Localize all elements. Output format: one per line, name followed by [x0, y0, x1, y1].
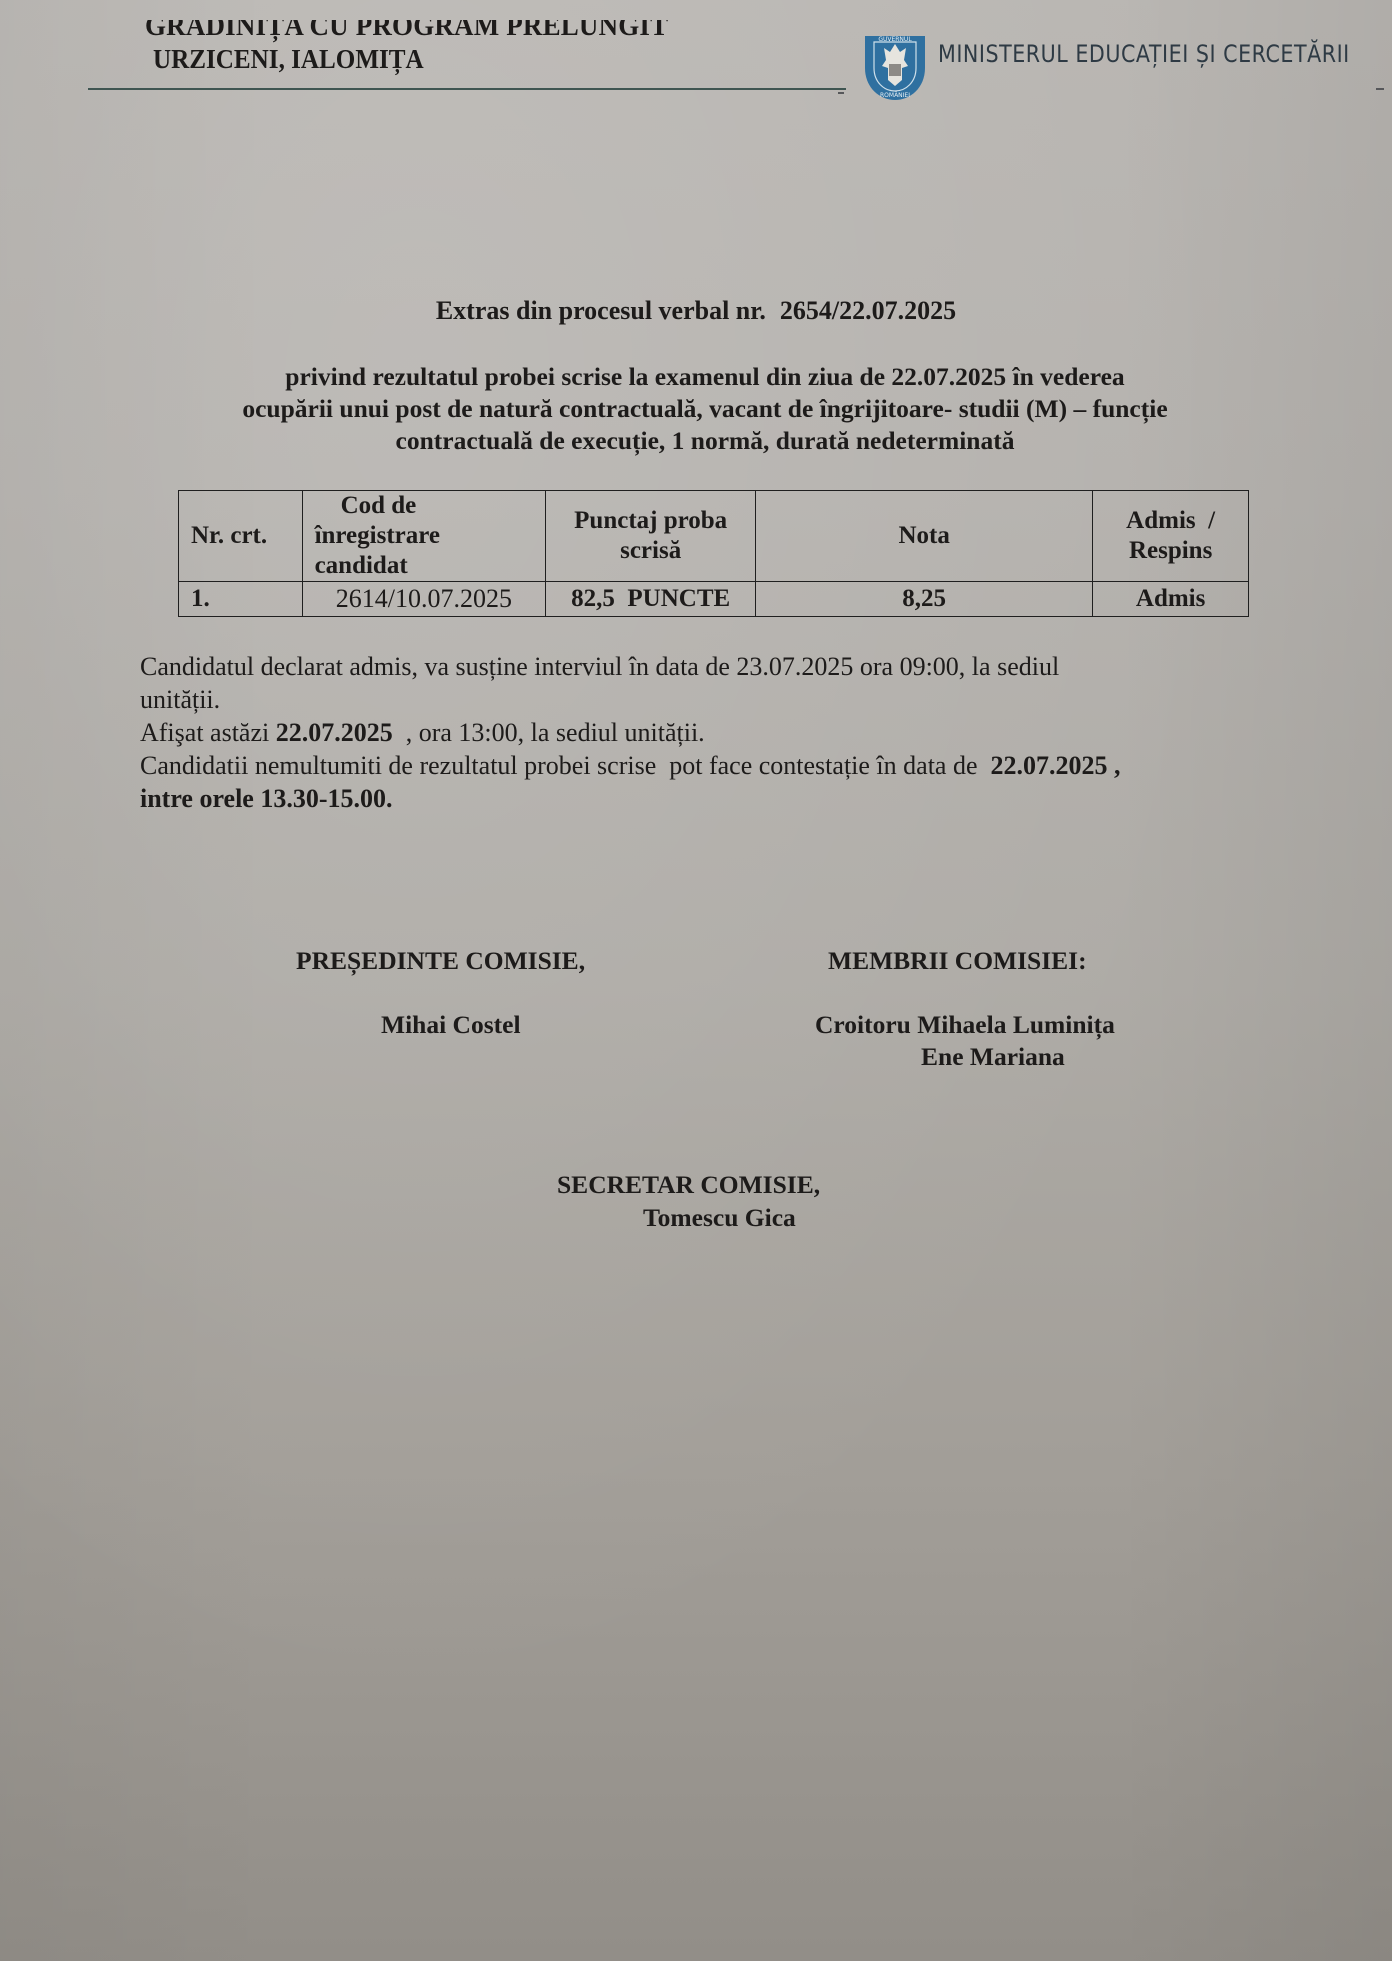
posted-date: 22.07.2025 [276, 718, 393, 747]
notices: Candidatul declarat admis, va susține in… [140, 650, 1280, 815]
edge-mark-right [1376, 88, 1384, 90]
report-number: 2654/22.07.2025 [780, 296, 956, 325]
subtitle-line: privind rezultatul probei scrise la exam… [130, 361, 1280, 393]
subtitle-line: contractuală de execuție, 1 normă, durat… [130, 425, 1280, 457]
secretary-label: SECRETAR COMISIE, [557, 1170, 820, 1200]
members-label: MEMBRII COMISIEI: [828, 946, 1087, 976]
cell-cod: 2614/10.07.2025 [302, 582, 546, 617]
paper-background [0, 0, 1392, 1961]
member-name: Ene Mariana [921, 1042, 1065, 1072]
school-name-line-1: GRADINIȚA CU PROGRAM PRELUNGIT [145, 10, 668, 43]
interview-notice-line-1: Candidatul declarat admis, va susține in… [140, 650, 1280, 683]
appeal-date: 22.07.2025 , [991, 751, 1121, 780]
table-row: 1. 2614/10.07.2025 82,5 PUNCTE 8,25 Admi… [179, 582, 1249, 617]
column-header-nr: Nr. crt. [179, 491, 303, 582]
column-header-status: Admis / Respins [1093, 491, 1249, 582]
posted-notice: Afişat astăzi 22.07.2025 , ora 13:00, la… [140, 716, 1280, 749]
government-of-romania-seal-icon: GUVERNUL ROMÂNIEI [860, 30, 930, 102]
column-header-cod: Cod de înregistrare candidat [302, 491, 546, 582]
subtitle-line: ocupării unui post de natură contractual… [130, 393, 1280, 425]
interview-notice-line-2: unității. [140, 683, 1280, 716]
cell-punctaj: 82,5 PUNCTE [546, 582, 756, 617]
school-name-line-2: URZICENI, IALOMIȚA [153, 44, 424, 75]
table-header-row: Nr. crt. Cod de înregistrare candidat Pu… [179, 491, 1249, 582]
column-header-punctaj: Punctaj proba scrisă [546, 491, 756, 582]
cell-nota: 8,25 [756, 582, 1093, 617]
title-prefix: Extras din procesul verbal nr. [436, 296, 766, 325]
cell-nr: 1. [179, 582, 303, 617]
appeal-notice: Candidatii nemultumiti de rezultatul pro… [140, 749, 1280, 782]
cell-status: Admis [1093, 582, 1249, 617]
svg-text:ROMÂNIEI: ROMÂNIEI [880, 92, 910, 99]
president-label: PREȘEDINTE COMISIE, [296, 946, 585, 976]
president-name: Mihai Costel [381, 1010, 521, 1040]
results-table: Nr. crt. Cod de înregistrare candidat Pu… [178, 490, 1249, 617]
document-subtitle: privind rezultatul probei scrise la exam… [130, 361, 1280, 457]
svg-text:GUVERNUL: GUVERNUL [878, 36, 912, 43]
member-name: Croitoru Mihaela Luminița [815, 1010, 1115, 1040]
column-header-nota: Nota [756, 491, 1093, 582]
appeal-hours: intre orele 13.30-15.00. [140, 782, 1280, 815]
header-divider [88, 88, 846, 90]
edge-mark-left [838, 92, 844, 94]
document-title: Extras din procesul verbal nr.2654/22.07… [0, 296, 1392, 326]
ministry-name: MINISTERUL EDUCAȚIEI ȘI CERCETĂRII [938, 40, 1350, 68]
secretary-name: Tomescu Gica [643, 1203, 796, 1233]
